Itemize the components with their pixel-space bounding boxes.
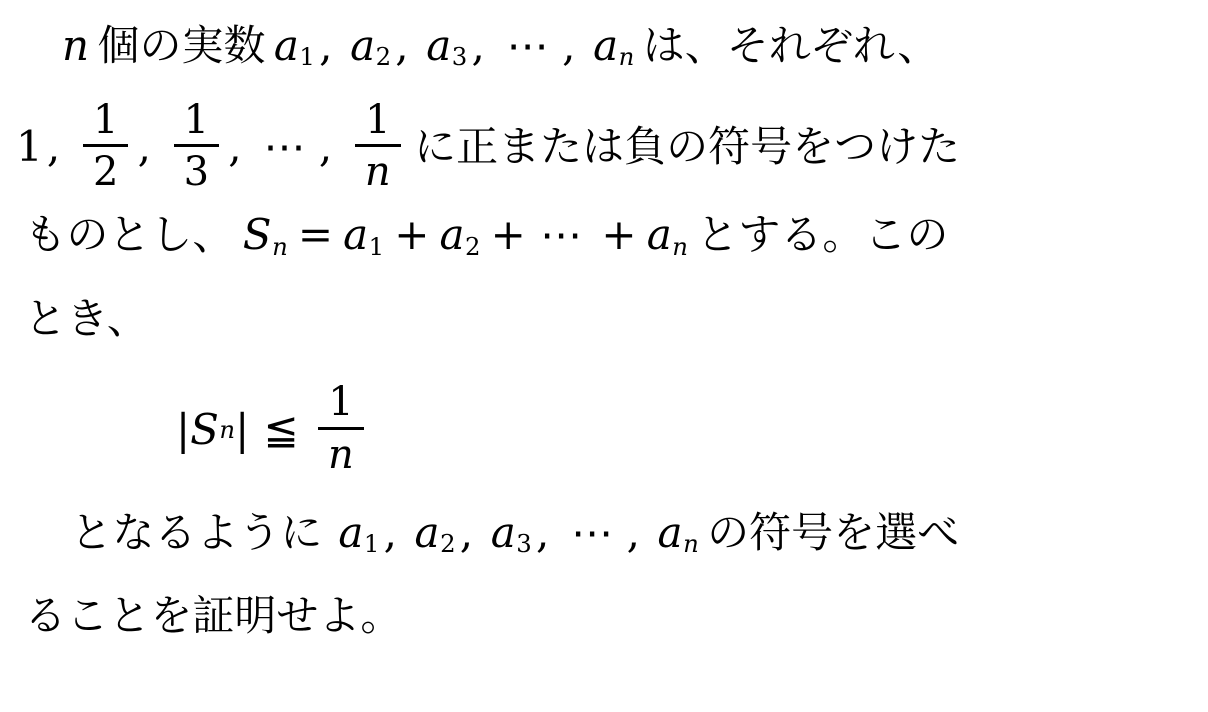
math-var-a: a: [491, 508, 516, 557]
math-comma: ,: [319, 126, 332, 168]
jp-text-line5-tail: の符号を選べ: [707, 508, 959, 557]
denominator: 3: [174, 144, 219, 197]
problem-line-2: 1,12,13,⋯,1nに正または負の符号をつけた: [16, 95, 1200, 199]
math-var-a: a: [647, 210, 672, 259]
math-comma: ,: [138, 126, 151, 168]
jp-text-line3-lead: ものとし、: [24, 210, 234, 259]
abs-bar-right: |: [235, 409, 249, 451]
problem-line-1: n個の実数a1,a2,a3,⋯,anは、それぞれ、: [16, 10, 1200, 93]
math-var-a: a: [274, 21, 299, 70]
math-subscript-n: n: [619, 42, 635, 71]
fraction-one-nth: 1n: [355, 98, 401, 198]
fraction-one-nth: 1n: [318, 380, 364, 480]
math-subscript-3: 3: [516, 529, 532, 558]
math-comma: ,: [471, 21, 484, 70]
problem-line-3: ものとし、Sn=a1+a2+⋯+anとする。この: [16, 199, 1200, 282]
math-comma: ,: [319, 21, 332, 70]
math-var-a: a: [593, 21, 618, 70]
plus-sign: +: [601, 210, 636, 259]
math-subscript-2: 2: [376, 42, 392, 71]
fraction-one-third: 13: [174, 98, 219, 198]
numerator: 1: [318, 380, 364, 427]
math-var-a: a: [415, 508, 440, 557]
display-formula: |Sn|≦1n: [16, 369, 1200, 491]
math-comma: ,: [395, 21, 408, 70]
math-subscript-2: 2: [465, 232, 481, 261]
problem-line-6: ることを証明せよ。: [16, 580, 1200, 652]
denominator: n: [318, 427, 364, 480]
math-var-S: S: [190, 409, 219, 451]
numerator: 1: [355, 98, 401, 145]
math-number-1: 1: [16, 126, 43, 168]
math-subscript-1: 1: [299, 42, 315, 71]
cdots: ⋯: [263, 126, 310, 168]
math-comma: ,: [460, 508, 473, 557]
abs-bar-left: |: [176, 409, 190, 451]
math-comma: ,: [228, 126, 241, 168]
math-problem-page: n個の実数a1,a2,a3,⋯,anは、それぞれ、 1,12,13,⋯,1nに正…: [0, 0, 1208, 712]
equals-sign: =: [298, 210, 333, 259]
math-comma: ,: [627, 508, 640, 557]
math-var-a: a: [658, 508, 683, 557]
math-subscript-3: 3: [452, 42, 468, 71]
math-var-a: a: [440, 210, 465, 259]
math-comma: ,: [384, 508, 397, 557]
jp-text-line3-tail: とする。この: [696, 210, 948, 259]
jp-text-line1-lead: 個の実数: [97, 21, 265, 70]
plus-sign: +: [394, 210, 429, 259]
denominator: 2: [83, 144, 128, 197]
math-subscript-2: 2: [440, 529, 456, 558]
problem-line-4: とき、: [16, 283, 1200, 355]
math-var-a: a: [350, 21, 375, 70]
math-subscript-n: n: [272, 232, 288, 261]
numerator: 1: [83, 98, 128, 145]
cdots: ⋯: [507, 21, 554, 70]
math-var-a: a: [338, 508, 363, 557]
denominator: n: [355, 144, 401, 197]
math-subscript-n: n: [219, 418, 235, 442]
math-subscript-n: n: [683, 529, 699, 558]
jp-text-line4: とき、: [24, 294, 148, 343]
math-comma: ,: [536, 508, 549, 557]
math-subscript-1: 1: [364, 529, 380, 558]
numerator: 1: [174, 98, 219, 145]
jp-text-line2-tail: に正または負の符号をつけた: [414, 126, 960, 168]
jp-text-line1-tail: は、それぞれ、: [643, 21, 940, 70]
jp-text-line5-lead: となるように: [70, 508, 322, 557]
math-comma: ,: [562, 21, 575, 70]
cdots: ⋯: [571, 508, 618, 557]
fraction-one-half: 12: [83, 98, 128, 198]
leqq-sign: ≦: [264, 409, 299, 451]
plus-sign: +: [491, 210, 526, 259]
math-subscript-1: 1: [369, 232, 385, 261]
problem-line-5: となるようにa1,a2,a3,⋯,anの符号を選べ: [16, 497, 1200, 580]
math-var-a: a: [426, 21, 451, 70]
math-var-S: S: [243, 210, 272, 259]
cdots: ⋯: [540, 210, 587, 259]
math-var-n: n: [62, 21, 89, 70]
math-subscript-n: n: [672, 232, 688, 261]
math-var-a: a: [343, 210, 368, 259]
jp-text-line6: ることを証明せよ。: [24, 591, 402, 640]
math-comma: ,: [47, 126, 60, 168]
